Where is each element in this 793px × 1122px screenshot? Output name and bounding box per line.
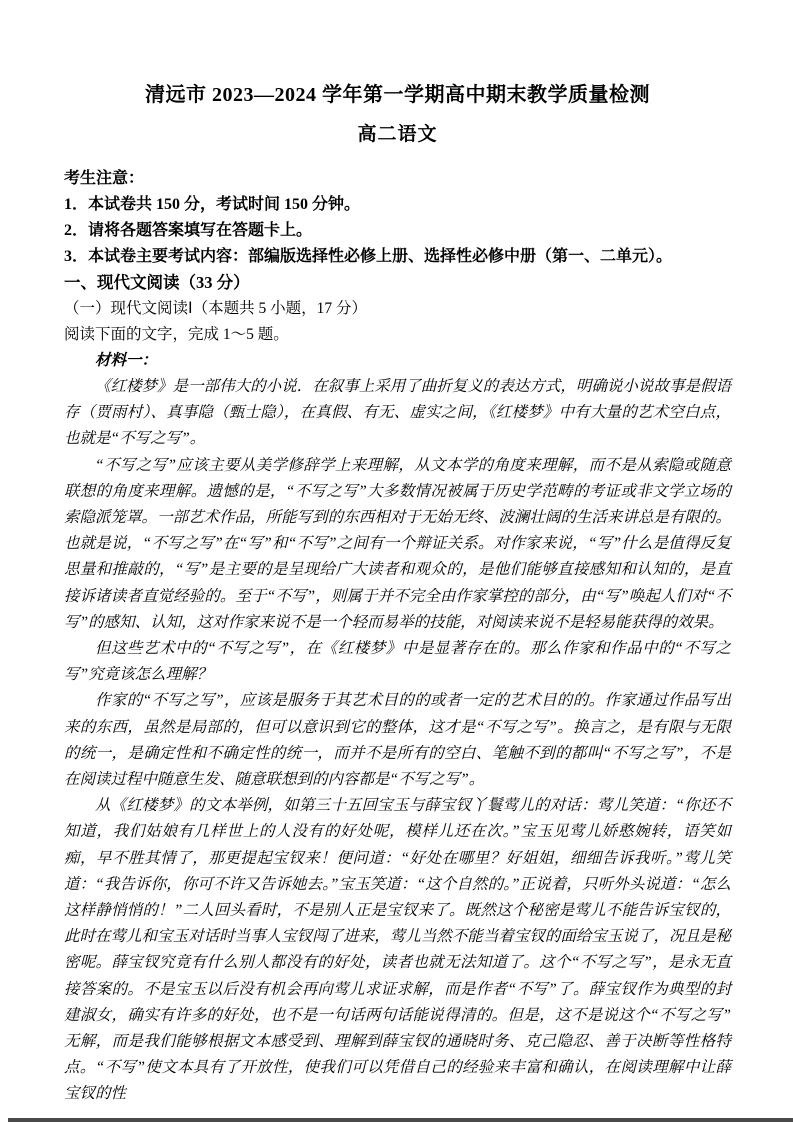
notice-item-2: 2．请将各题答案填写在答题卡上。 [64,218,731,244]
material-paragraph-4: 作家的“不写之写”，应该是服务于其艺术目的的或者一定的艺术目的的。作家通过作品写… [64,688,731,793]
section-heading-modern-reading: 一、现代文阅读（33 分） [64,270,731,296]
notice-heading: 考生注意： [64,166,731,192]
exam-paper-page: 清远市 2023—2024 学年第一学期高中期末教学质量检测 高二语文 考生注意… [0,0,793,1122]
material-paragraph-1: 《红楼梦》是一部伟大的小说．在叙事上采用了曲折复义的表达方式，明确说小说故事是假… [64,374,731,453]
material-paragraph-5: 从《红楼梦》的文本举例，如第三十五回宝玉与薛宝钗丫鬟莺儿的对话：莺儿笑道：“你还… [64,793,731,1107]
material-one-label: 材料一： [64,348,731,374]
page-title: 清远市 2023—2024 学年第一学期高中期末教学质量检测 [64,80,731,110]
material-paragraph-3: 但这些艺术中的“不写之写”，在《红楼梦》中是显著存在的。那么作家和作品中的“不写… [64,636,731,688]
reading-instruction: 阅读下面的文字，完成 1～5 题。 [64,322,731,348]
notice-item-3: 3．本试卷主要考试内容：部编版选择性必修上册、选择性必修中册（第一、二单元）。 [64,244,731,270]
subject-title: 高二语文 [64,120,731,150]
page-bottom-edge [8,1118,793,1122]
material-paragraph-2: “不写之写”应该主要从美学修辞学上来理解，从文本学的角度来理解，而不是从索隐或随… [64,453,731,636]
subsection-heading-reading-1: （一）现代文阅读Ⅰ（本题共 5 小题，17 分） [64,296,731,322]
notice-item-1: 1．本试卷共 150 分，考试时间 150 分钟。 [64,192,731,218]
